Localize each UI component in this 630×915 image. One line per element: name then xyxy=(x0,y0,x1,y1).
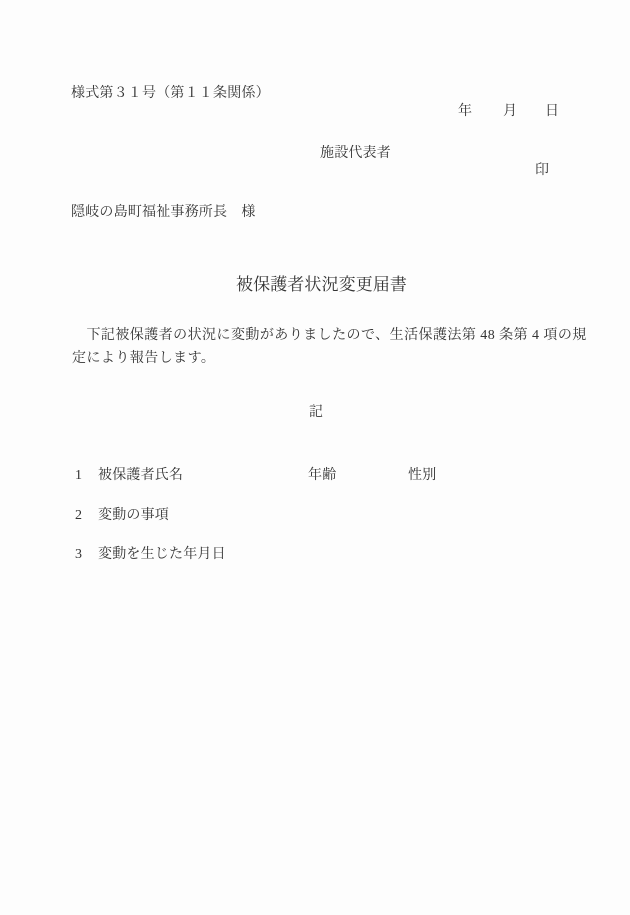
record-heading: 記 xyxy=(309,406,323,420)
item3-number: 3 xyxy=(75,548,82,562)
seal-label: 印 xyxy=(535,164,549,178)
item2-number: 2 xyxy=(75,509,82,523)
item1-number: 1 xyxy=(75,469,82,483)
date-month-label: 月 xyxy=(503,105,517,119)
form-number-line: 様式第３１号（第１１条関係） xyxy=(71,87,270,101)
document-title: 被保護者状況変更届書 xyxy=(236,276,407,293)
body-paragraph-line1: 下記被保護者の状況に変動がありましたので、生活保護法第 48 条第 4 項の規 xyxy=(72,329,587,343)
body-paragraph-line2: 定により報告します。 xyxy=(72,352,215,366)
addressee-line: 隠岐の島町福祉事務所長 様 xyxy=(71,206,256,220)
item2-label: 変動の事項 xyxy=(98,509,169,523)
item3-label: 変動を生じた年月日 xyxy=(98,548,226,562)
document-page: 様式第３１号（第１１条関係） 年 月 日 施設代表者 印 隠岐の島町福祉事務所長… xyxy=(0,0,630,915)
item1-age-label: 年齢 xyxy=(308,469,336,483)
item1-label: 被保護者氏名 xyxy=(98,469,183,483)
item1-gender-label: 性別 xyxy=(408,469,436,483)
facility-representative-label: 施設代表者 xyxy=(320,147,391,161)
date-year-label: 年 xyxy=(458,105,472,119)
date-day-label: 日 xyxy=(545,105,559,119)
